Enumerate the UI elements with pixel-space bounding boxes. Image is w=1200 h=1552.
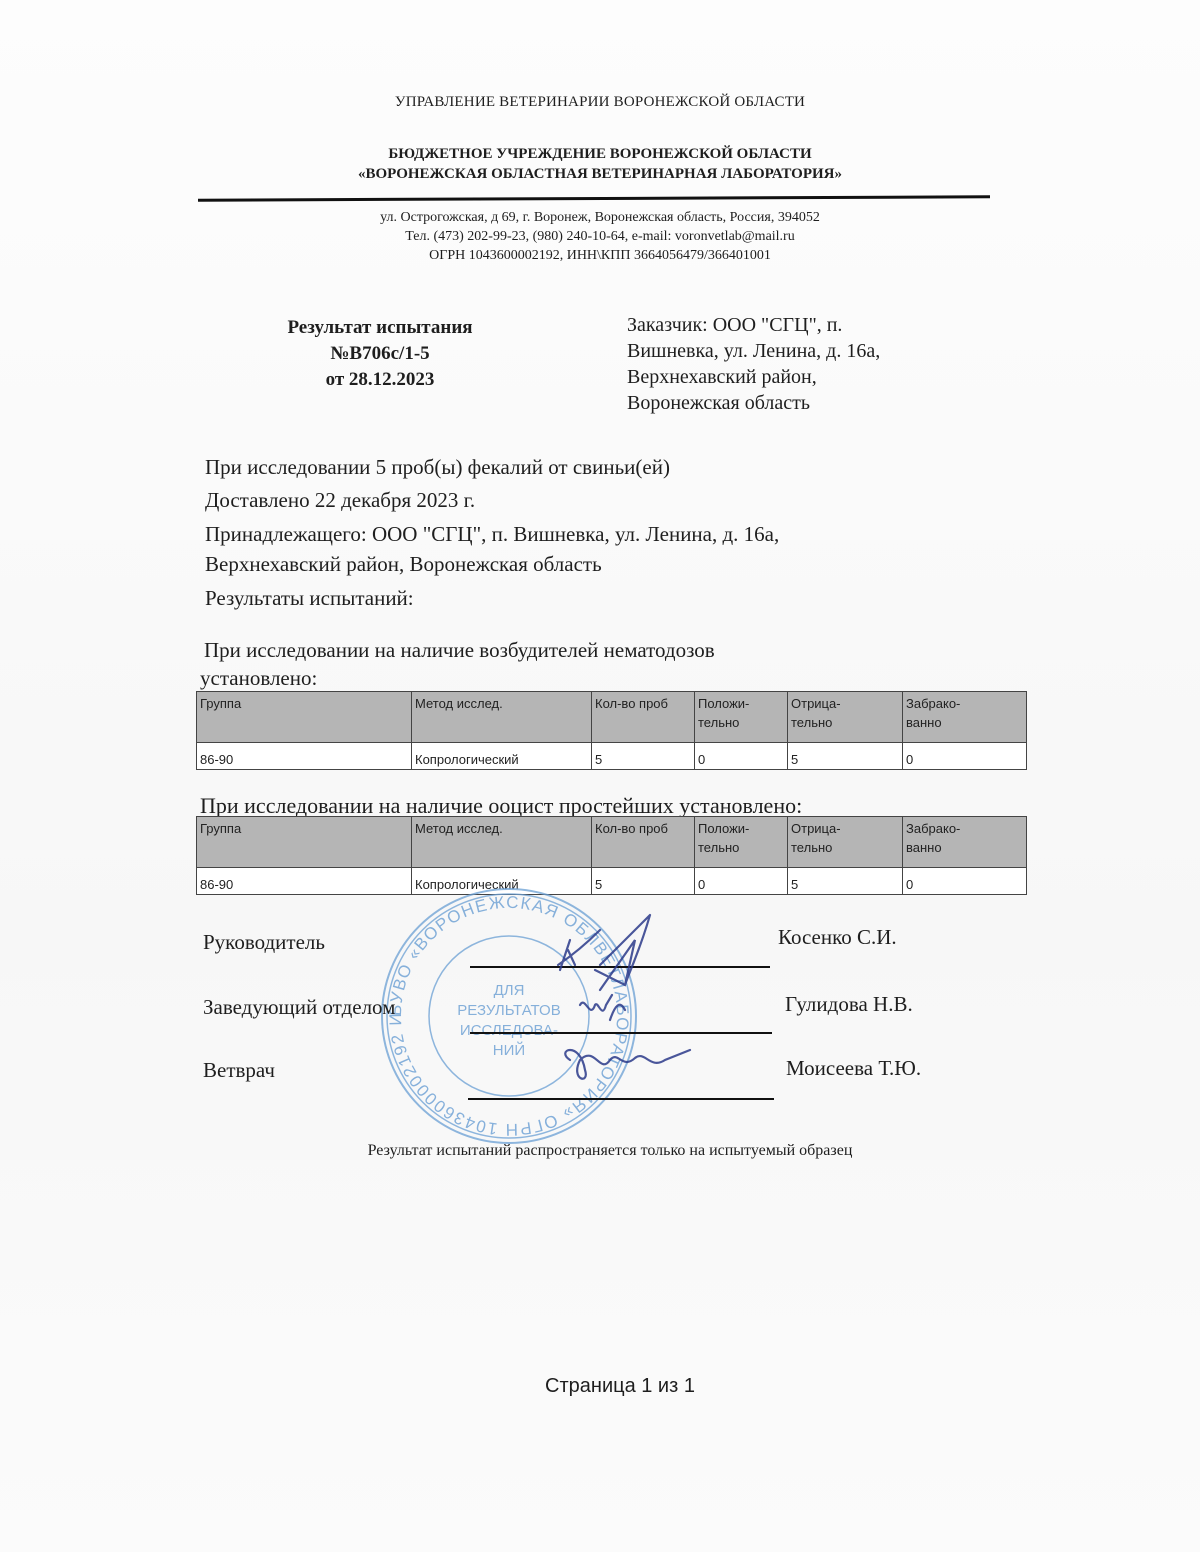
section-heading-line-1: При исследовании на наличие возбудителей…	[204, 638, 715, 662]
section-heading-line-2: установлено:	[200, 666, 715, 690]
address: ул. Острогожская, д 69, г. Воронеж, Воро…	[270, 208, 930, 227]
result-number: №В706с/1-5	[230, 341, 530, 367]
col-method: Метод исслед.	[412, 692, 592, 743]
page-number: Страница 1 из 1	[460, 1375, 780, 1398]
signature-role-director: Руководитель	[203, 930, 325, 955]
cell-negative: 5	[788, 868, 903, 895]
col-method: Метод исслед.	[412, 817, 592, 868]
col-negative: Отрица- тельно	[788, 692, 903, 743]
result-title: Результат испытания	[230, 315, 530, 341]
cell-positive: 0	[695, 743, 788, 770]
cell-negative: 5	[788, 743, 903, 770]
customer-line-2: Вишневка, ул. Ленина, д. 16а,	[627, 338, 987, 364]
owner-line-1: Принадлежащего: ООО "СГЦ", п. Вишневка, …	[205, 519, 1005, 549]
cell-group: 86-90	[197, 743, 412, 770]
signature-name-veterinarian: Моисеева Т.Ю.	[786, 1056, 921, 1081]
owner-line-2: Верхнехавский район, Воронежская область	[205, 549, 1005, 579]
cell-rejected: 0	[903, 868, 1027, 895]
col-positive: Положи- тельно	[695, 817, 788, 868]
stamp-inner-line-1: ДЛЯ	[494, 982, 525, 999]
footer-disclaimer: Результат испытаний распространяется тол…	[260, 1142, 960, 1160]
organization-line-2: «ВОРОНЕЖСКАЯ ОБЛАСТНАЯ ВЕТЕРИНАРНАЯ ЛАБО…	[250, 164, 950, 184]
customer-line-3: Верхнехавский район,	[627, 364, 987, 390]
document-page: УПРАВЛЕНИЕ ВЕТЕРИНАРИИ ВОРОНЕЖСКОЙ ОБЛАС…	[0, 0, 1200, 1552]
section-nematodes-heading: При исследовании на наличие возбудителей…	[200, 638, 715, 690]
col-group: Группа	[197, 817, 412, 868]
nematodes-results-table: Группа Метод исслед. Кол-во проб Положи-…	[196, 691, 1026, 770]
customer-line-1: Заказчик: ООО "СГЦ", п.	[627, 312, 987, 338]
ministry-name: УПРАВЛЕНИЕ ВЕТЕРИНАРИИ ВОРОНЕЖСКОЙ ОБЛАС…	[300, 94, 900, 111]
table-header-row: Группа Метод исслед. Кол-во проб Положи-…	[197, 692, 1027, 743]
sample-info: При исследовании 5 проб(ы) фекалий от св…	[205, 451, 1005, 615]
col-group: Группа	[197, 692, 412, 743]
col-rejected: Забрако- ванно	[903, 692, 1027, 743]
customer-block: Заказчик: ООО "СГЦ", п. Вишневка, ул. Ле…	[627, 312, 987, 416]
cell-positive: 0	[695, 868, 788, 895]
organization-contacts: ул. Острогожская, д 69, г. Воронеж, Воро…	[270, 208, 930, 265]
section-heading-line-1: При исследовании на наличие ооцист прост…	[200, 794, 802, 818]
customer-line-4: Воронежская область	[627, 390, 987, 416]
table-row: 86-90 Копрологический 5 0 5 0	[197, 743, 1027, 770]
cell-count: 5	[592, 743, 695, 770]
signature-name-head-of-department: Гулидова Н.В.	[785, 992, 913, 1017]
results-heading: Результаты испытаний:	[205, 582, 1005, 615]
delivered-text: Доставлено 22 декабря 2023 г.	[205, 484, 1005, 517]
organization-name: БЮДЖЕТНОЕ УЧРЕЖДЕНИЕ ВОРОНЕЖСКОЙ ОБЛАСТИ…	[250, 144, 950, 184]
organization-line-1: БЮДЖЕТНОЕ УЧРЕЖДЕНИЕ ВОРОНЕЖСКОЙ ОБЛАСТИ	[250, 144, 950, 164]
samples-text: При исследовании 5 проб(ы) фекалий от св…	[205, 451, 1005, 484]
signature-role-head-of-department: Заведующий отделом	[203, 995, 395, 1020]
table-header-row: Группа Метод исслед. Кол-во проб Положи-…	[197, 817, 1027, 868]
result-title-block: Результат испытания №В706с/1-5 от 28.12.…	[230, 315, 530, 393]
result-date: от 28.12.2023	[230, 367, 530, 393]
col-positive: Положи- тельно	[695, 692, 788, 743]
col-count: Кол-во проб	[592, 692, 695, 743]
section-oocysts-heading: При исследовании на наличие ооцист прост…	[200, 794, 802, 818]
letterhead-divider	[198, 195, 990, 201]
signature-role-veterinarian: Ветврач	[203, 1058, 275, 1083]
signature-name-director: Косенко С.И.	[778, 925, 897, 950]
col-rejected: Забрако- ванно	[903, 817, 1027, 868]
stamp-inner-line-4: НИЙ	[493, 1041, 525, 1059]
cell-rejected: 0	[903, 743, 1027, 770]
col-negative: Отрица- тельно	[788, 817, 903, 868]
phone-email: Тел. (473) 202-99-23, (980) 240-10-64, e…	[270, 227, 930, 246]
col-count: Кол-во проб	[592, 817, 695, 868]
cell-method: Копрологический	[412, 743, 592, 770]
oocysts-results-table: Группа Метод исслед. Кол-во проб Положи-…	[196, 816, 1026, 895]
registry-numbers: ОГРН 1043600002192, ИНН\КПП 3664056479/3…	[270, 246, 930, 265]
handwritten-signatures-icon	[540, 910, 700, 1110]
